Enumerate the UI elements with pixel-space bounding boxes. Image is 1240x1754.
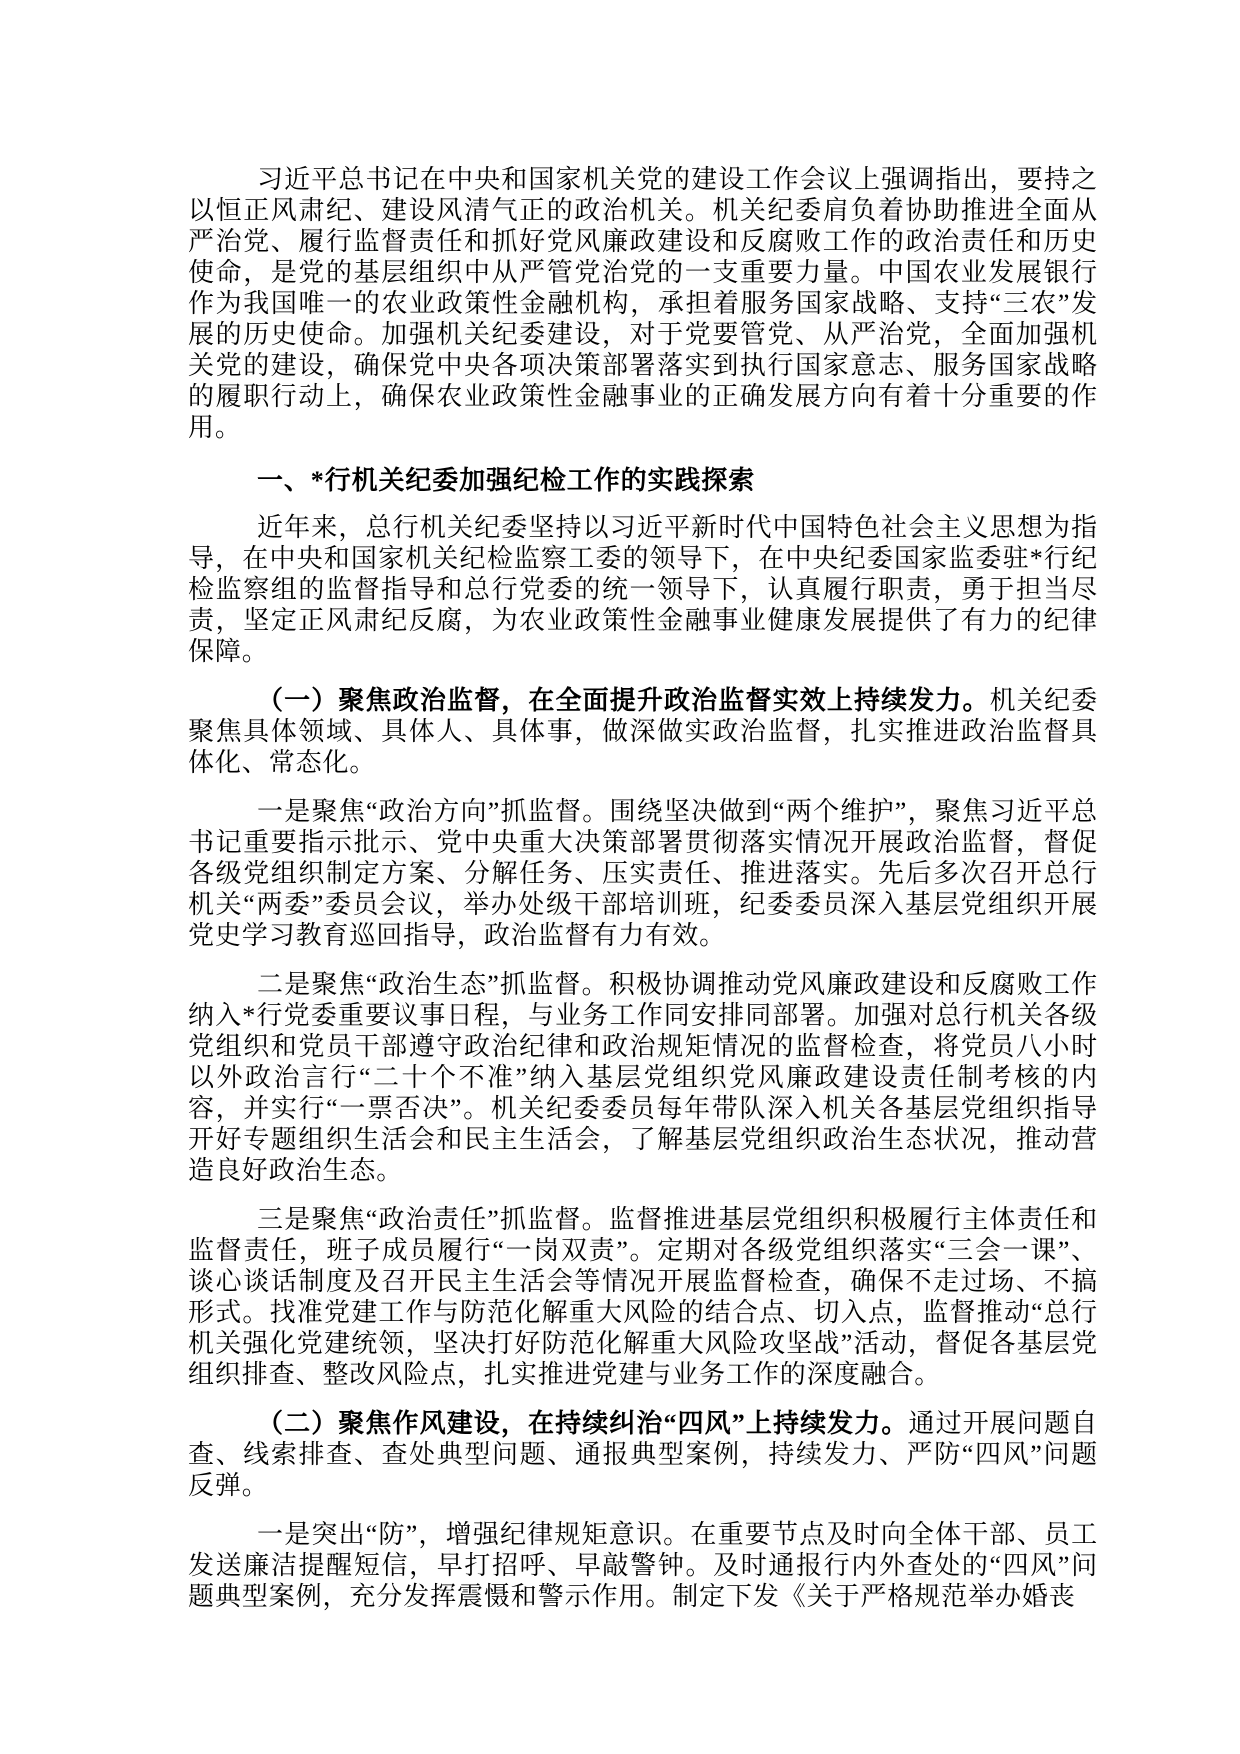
paragraph: 二是聚焦“政治生态”抓监督。积极协调推动党风廉政建设和反腐败工作纳入*行党委重要… [188,969,1098,1186]
paragraph: 三是聚焦“政治责任”抓监督。监督推进基层党组织积极履行主体责任和监督责任，班子成… [188,1204,1098,1390]
paragraph-bold-lead: （一）聚焦政治监督，在全面提升政治监督实效上持续发力。 [257,686,990,715]
paragraph: 习近平总书记在中央和国家机关党的建设工作会议上强调指出，要持之以恒正风肃纪、建设… [188,164,1098,443]
section-heading: 一、*行机关纪委加强纪检工作的实践探索 [188,465,1098,496]
paragraph: 一是聚焦“政治方向”抓监督。围绕坚决做到“两个维护”，聚焦习近平总书记重要指示批… [188,796,1098,951]
paragraph: 近年来，总行机关纪委坚持以习近平新时代中国特色社会主义思想为指导，在中央和国家机… [188,512,1098,667]
paragraph: （一）聚焦政治监督，在全面提升政治监督实效上持续发力。机关纪委聚焦具体领域、具体… [188,685,1098,778]
paragraph: 一是突出“防”，增强纪律规矩意识。在重要节点及时向全体干部、员工发送廉洁提醒短信… [188,1519,1098,1612]
paragraph-bold-lead: （二）聚焦作风建设，在持续纠治“四风”上持续发力。 [257,1409,908,1438]
document-body: 习近平总书记在中央和国家机关党的建设工作会议上强调指出，要持之以恒正风肃纪、建设… [188,164,1098,1612]
paragraph: （二）聚焦作风建设，在持续纠治“四风”上持续发力。通过开展问题自查、线索排查、查… [188,1408,1098,1501]
document-page: 习近平总书记在中央和国家机关党的建设工作会议上强调指出，要持之以恒正风肃纪、建设… [0,0,1240,1754]
